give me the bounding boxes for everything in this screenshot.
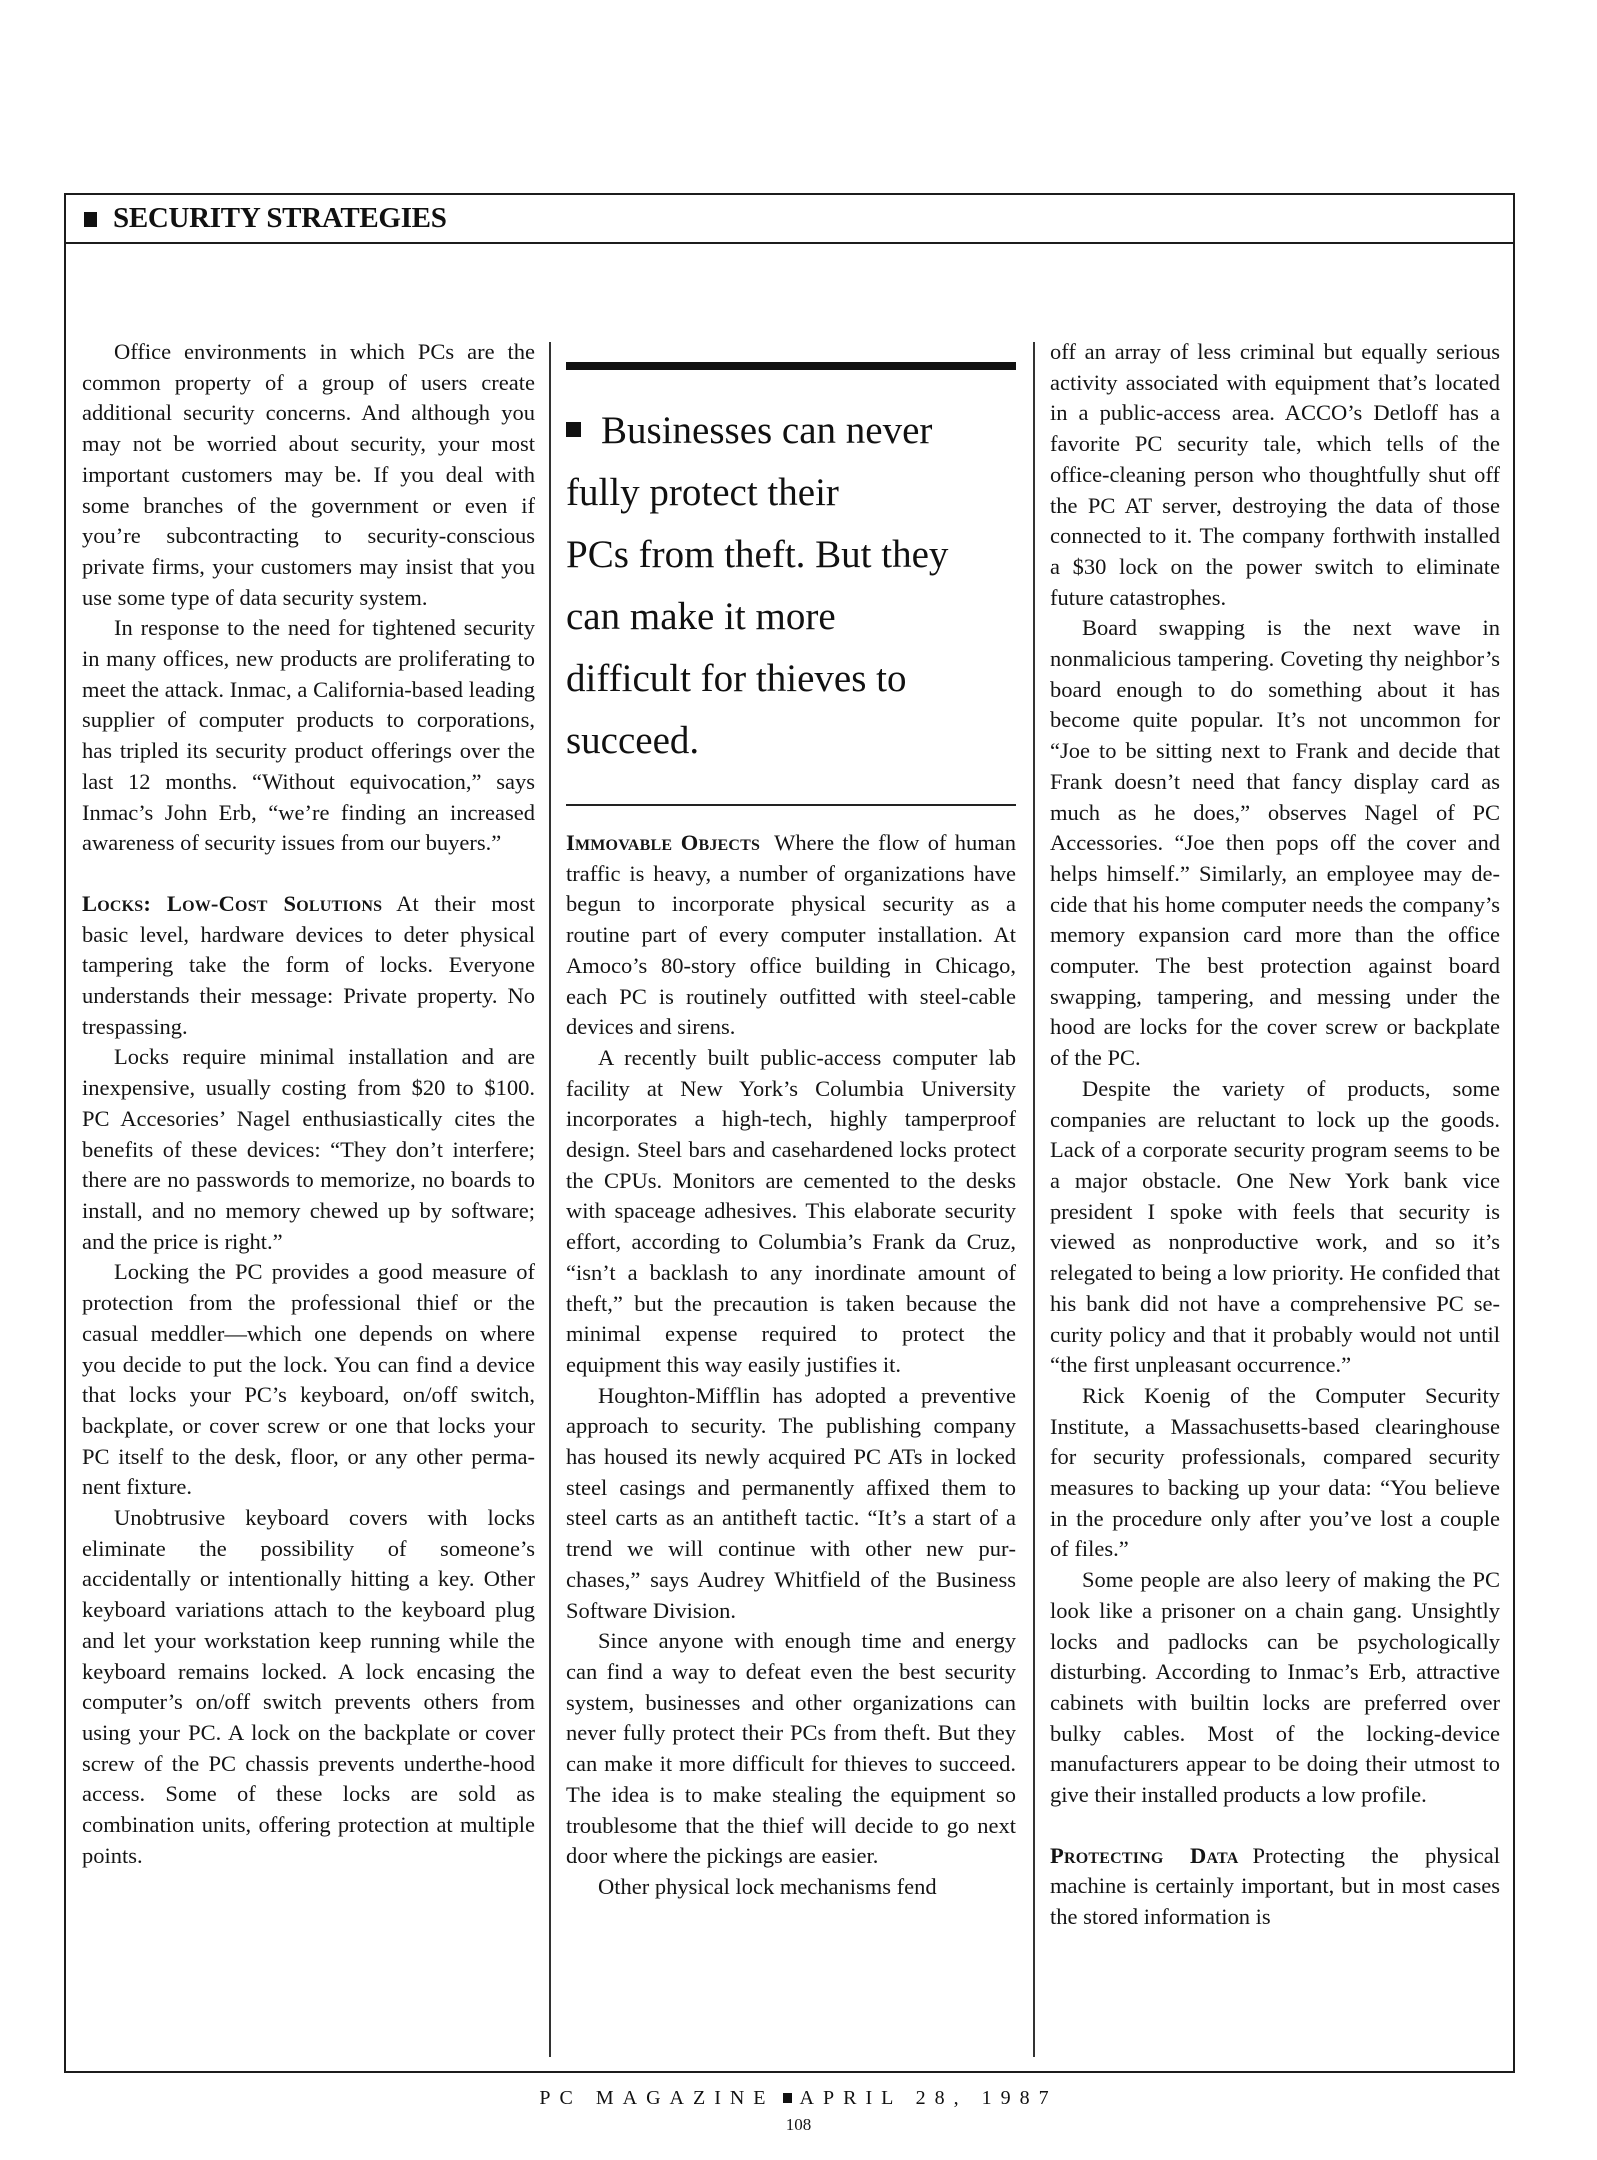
paragraph: In response to the need for tightened se… bbox=[82, 613, 535, 859]
subhead-paragraph-protecting: Protecting DataProtecting the physical m… bbox=[1050, 1841, 1500, 1933]
subhead-locks-low-cost-solutions: Locks: Low-Cost Solutions bbox=[82, 891, 382, 916]
paragraph: Locks require minimal installation and a… bbox=[82, 1042, 535, 1257]
square-bullet-icon bbox=[783, 2093, 792, 2103]
paragraph: Rick Koenig of the Computer Security Ins… bbox=[1050, 1381, 1500, 1565]
issue-date: APRIL 28, 1987 bbox=[800, 2087, 1058, 2109]
pull-quote-line: Businesses can never bbox=[601, 409, 932, 452]
pull-quote-bottom-rule bbox=[566, 804, 1016, 806]
paragraph: A recently built public-access computer … bbox=[566, 1043, 1016, 1381]
publication-name: PC MAGAZINE bbox=[539, 2087, 774, 2109]
section-title: SECURITY STRATEGIES bbox=[113, 202, 447, 235]
pull-quote-line: succeed. bbox=[566, 719, 699, 762]
paragraph: Office environments in which PCs are the… bbox=[82, 337, 535, 613]
subhead-paragraph-immovable: Immovable ObjectsWhere the flow of human… bbox=[566, 828, 1016, 1043]
pull-quote: Businesses can never fully protect their… bbox=[566, 370, 1016, 804]
pull-quote-line: PCs from theft. But they bbox=[566, 533, 948, 576]
paragraph-text: Where the flow of human traffic is heavy… bbox=[566, 830, 1016, 1039]
page-footer: PC MAGAZINEAPRIL 28, 1987 bbox=[0, 2087, 1597, 2110]
paragraph: Other physical lock mechanisms fend bbox=[566, 1872, 1016, 1903]
column-1: Office environments in which PCs are the… bbox=[82, 337, 535, 1871]
paragraph: Since anyone with enough time and en­erg… bbox=[566, 1626, 1016, 1872]
pull-quote-line: difficult for thieves to bbox=[566, 657, 906, 700]
paragraph: Despite the variety of products, some co… bbox=[1050, 1074, 1500, 1381]
column-3: off an array of less criminal but equall… bbox=[1050, 337, 1500, 1933]
paragraph: Houghton-Mifflin has adopted a pre­venti… bbox=[566, 1381, 1016, 1627]
column-rule-left bbox=[549, 342, 551, 2057]
column-2: Businesses can never fully protect their… bbox=[566, 354, 1016, 1903]
square-bullet-icon bbox=[566, 422, 581, 437]
square-bullet-icon bbox=[84, 212, 97, 227]
page-number: 108 bbox=[0, 2115, 1597, 2135]
pull-quote-line: fully protect their bbox=[566, 471, 839, 514]
subhead-paragraph-locks: Locks: Low-Cost SolutionsAt their most b… bbox=[82, 889, 535, 1043]
column-rule-right bbox=[1033, 342, 1035, 2057]
pull-quote-line: can make it more bbox=[566, 595, 836, 638]
paragraph: Locking the PC provides a good mea­sure … bbox=[82, 1257, 535, 1503]
paragraph-continued: off an array of less criminal but equall… bbox=[1050, 337, 1500, 613]
subhead-immovable-objects: Immovable Objects bbox=[566, 830, 760, 855]
paragraph: Board swapping is the next wave in nonma… bbox=[1050, 613, 1500, 1074]
subhead-protecting-data: Protecting Data bbox=[1050, 1843, 1238, 1868]
paragraph: Unobtrusive keyboard covers with locks e… bbox=[82, 1503, 535, 1871]
pull-quote-top-rule bbox=[566, 362, 1016, 370]
paragraph: Some people are also leery of making the… bbox=[1050, 1565, 1500, 1811]
section-header: SECURITY STRATEGIES bbox=[66, 195, 1513, 244]
